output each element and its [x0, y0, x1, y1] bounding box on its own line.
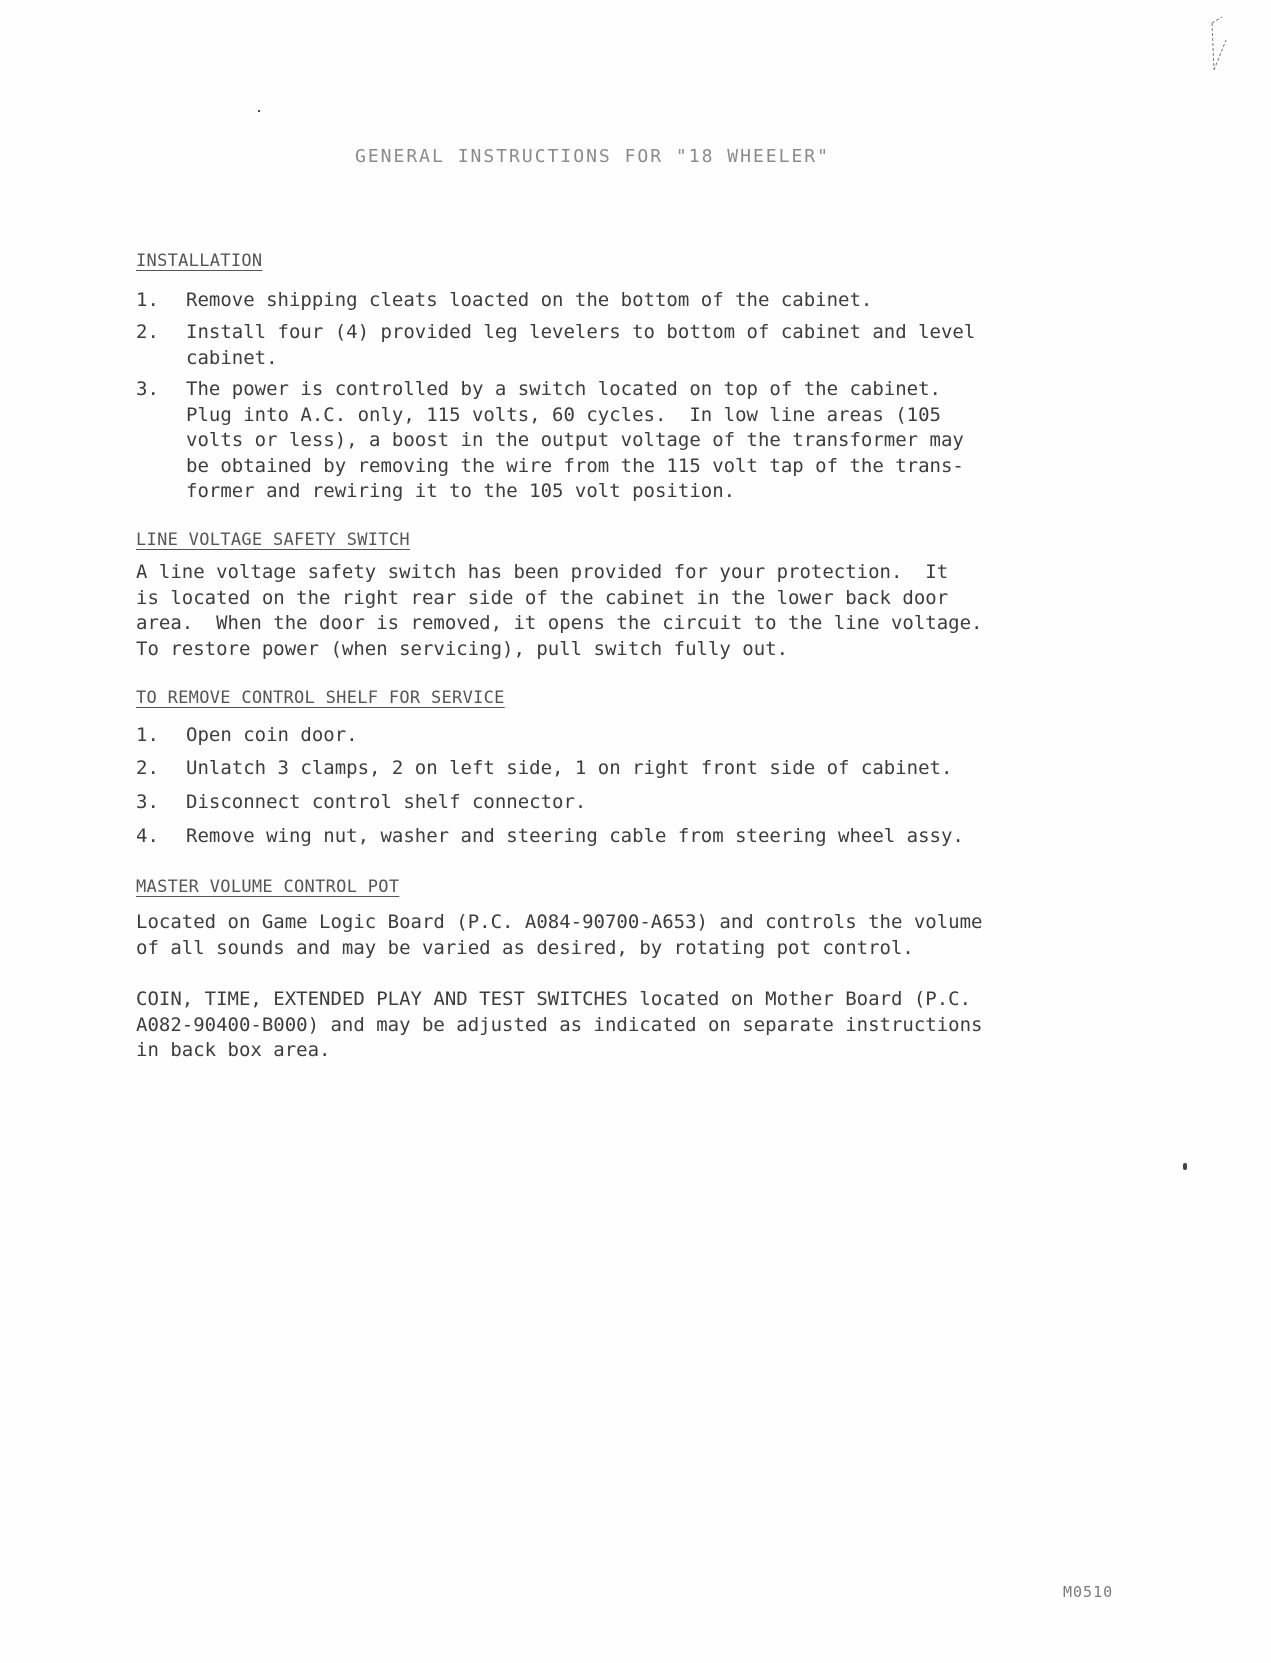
- item-number: 2.: [136, 320, 186, 346]
- scan-speck: [258, 110, 260, 112]
- document-stamp: M0510: [1063, 1583, 1113, 1601]
- installation-item-1: 1.Remove shipping cleats loacted on the …: [136, 288, 872, 314]
- document-page: GENERAL INSTRUCTIONS FOR "18 WHEELER" IN…: [0, 0, 1271, 1663]
- item-number: 3.: [136, 790, 186, 816]
- item-number: 2.: [136, 756, 186, 782]
- control-shelf-item-4: 4.Remove wing nut, washer and steering c…: [136, 824, 964, 850]
- document-title: GENERAL INSTRUCTIONS FOR "18 WHEELER": [355, 146, 830, 167]
- item-text: The power is controlled by a switch loca…: [186, 377, 964, 505]
- item-text: Remove wing nut, washer and steering cab…: [186, 824, 964, 850]
- heading-installation: INSTALLATION: [136, 251, 262, 271]
- scan-mark-icon: [1200, 15, 1240, 75]
- item-text: Open coin door.: [186, 723, 358, 749]
- switches-paragraph: COIN, TIME, EXTENDED PLAY AND TEST SWITC…: [136, 987, 982, 1064]
- control-shelf-item-3: 3.Disconnect control shelf connector.: [136, 790, 586, 816]
- heading-line-voltage-safety-switch: LINE VOLTAGE SAFETY SWITCH: [136, 530, 410, 550]
- installation-item-2: 2.Install four (4) provided leg levelers…: [136, 320, 975, 371]
- item-number: 3.: [136, 377, 186, 403]
- control-shelf-item-2: 2.Unlatch 3 clamps, 2 on left side, 1 on…: [136, 756, 952, 782]
- master-volume-paragraph: Located on Game Logic Board (P.C. A084-9…: [136, 910, 982, 961]
- scan-speck: [1183, 1163, 1187, 1170]
- item-number: 1.: [136, 288, 186, 314]
- line-voltage-paragraph: A line voltage safety switch has been pr…: [136, 560, 982, 662]
- item-number: 1.: [136, 723, 186, 749]
- item-text: Disconnect control shelf connector.: [186, 790, 586, 816]
- item-number: 4.: [136, 824, 186, 850]
- control-shelf-item-1: 1.Open coin door.: [136, 723, 358, 749]
- item-text: Install four (4) provided leg levelers t…: [186, 320, 975, 371]
- installation-item-3: 3.The power is controlled by a switch lo…: [136, 377, 964, 505]
- heading-master-volume-control-pot: MASTER VOLUME CONTROL POT: [136, 877, 399, 897]
- heading-remove-control-shelf: TO REMOVE CONTROL SHELF FOR SERVICE: [136, 688, 505, 708]
- item-text: Unlatch 3 clamps, 2 on left side, 1 on r…: [186, 756, 952, 782]
- item-text: Remove shipping cleats loacted on the bo…: [186, 288, 872, 314]
